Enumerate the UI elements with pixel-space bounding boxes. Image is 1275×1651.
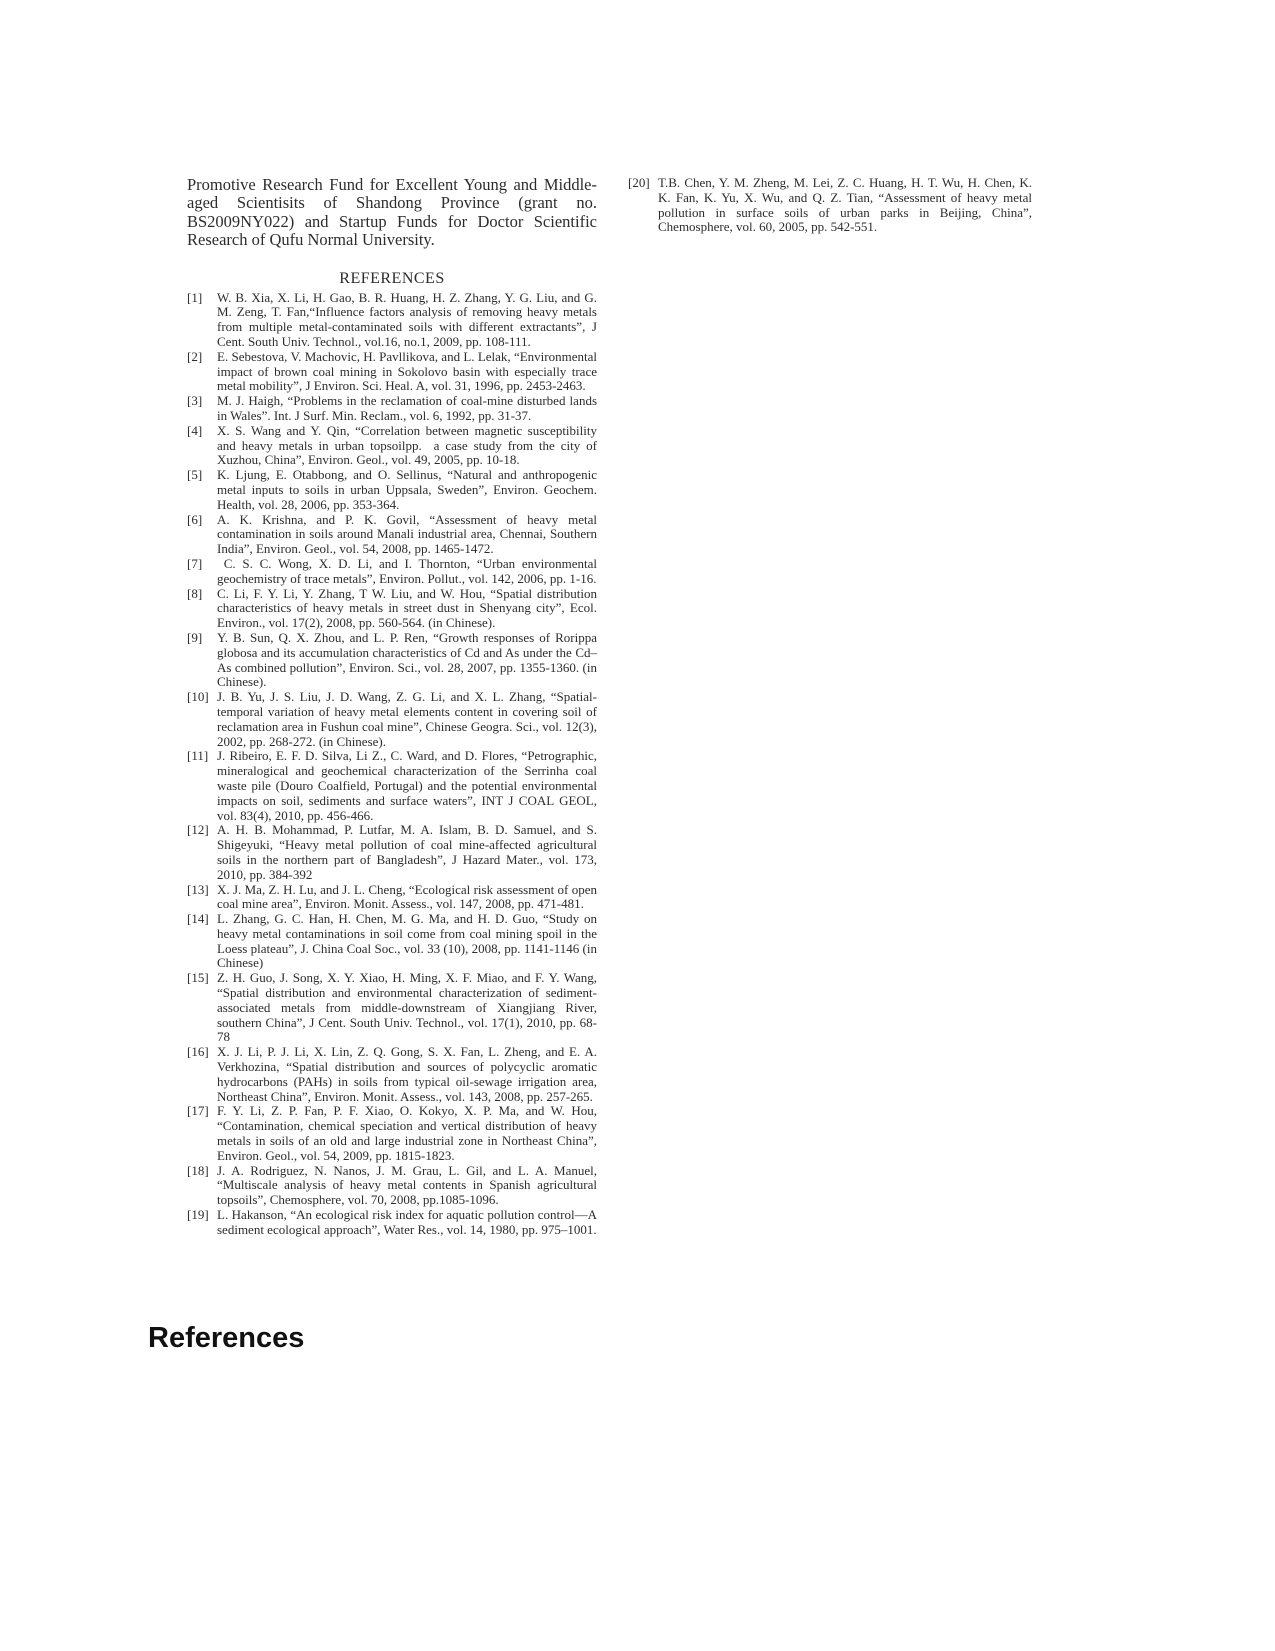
reference-text: A. K. Krishna, and P. K. Govil, “Assessm…: [217, 512, 597, 557]
reference-number: [15]: [187, 971, 217, 986]
reference-text: J. Ribeiro, E. F. D. Silva, Li Z., C. Wa…: [217, 748, 597, 822]
reference-item: [14]L. Zhang, G. C. Han, H. Chen, M. G. …: [187, 912, 597, 971]
reference-number: [8]: [187, 587, 217, 602]
reference-item: [16]X. J. Li, P. J. Li, X. Lin, Z. Q. Go…: [187, 1045, 597, 1104]
reference-text: C. S. C. Wong, X. D. Li, and I. Thornton…: [217, 556, 597, 586]
reference-text: K. Ljung, E. Otabbong, and O. Sellinus, …: [217, 467, 597, 512]
reference-text: L. Hakanson, “An ecological risk index f…: [217, 1207, 597, 1237]
reference-number: [11]: [187, 749, 217, 764]
reference-text: F. Y. Li, Z. P. Fan, P. F. Xiao, O. Koky…: [217, 1103, 597, 1162]
reference-number: [20]: [628, 176, 658, 191]
reference-text: X. J. Li, P. J. Li, X. Lin, Z. Q. Gong, …: [217, 1044, 597, 1103]
reference-number: [18]: [187, 1164, 217, 1179]
reference-text: W. B. Xia, X. Li, H. Gao, B. R. Huang, H…: [217, 290, 597, 349]
reference-number: [10]: [187, 690, 217, 705]
reference-number: [9]: [187, 631, 217, 646]
reference-text: L. Zhang, G. C. Han, H. Chen, M. G. Ma, …: [217, 911, 597, 970]
reference-item: [11]J. Ribeiro, E. F. D. Silva, Li Z., C…: [187, 749, 597, 823]
reference-number: [1]: [187, 291, 217, 306]
reference-text: A. H. B. Mohammad, P. Lutfar, M. A. Isla…: [217, 822, 597, 881]
reference-text: C. Li, F. Y. Li, Y. Zhang, T W. Liu, and…: [217, 586, 597, 631]
references-heading: References: [148, 1322, 304, 1355]
reference-item: [12]A. H. B. Mohammad, P. Lutfar, M. A. …: [187, 823, 597, 882]
reference-number: [14]: [187, 912, 217, 927]
reference-item: [17]F. Y. Li, Z. P. Fan, P. F. Xiao, O. …: [187, 1104, 597, 1163]
reference-item: [20]T.B. Chen, Y. M. Zheng, M. Lei, Z. C…: [628, 176, 1032, 235]
reference-item: [8]C. Li, F. Y. Li, Y. Zhang, T W. Liu, …: [187, 587, 597, 631]
reference-number: [4]: [187, 424, 217, 439]
reference-item: [1]W. B. Xia, X. Li, H. Gao, B. R. Huang…: [187, 291, 597, 350]
reference-list-left: [1]W. B. Xia, X. Li, H. Gao, B. R. Huang…: [187, 291, 597, 1238]
reference-item: [9]Y. B. Sun, Q. X. Zhou, and L. P. Ren,…: [187, 631, 597, 690]
reference-number: [12]: [187, 823, 217, 838]
reference-text: J. A. Rodriguez, N. Nanos, J. M. Grau, L…: [217, 1163, 597, 1208]
scan-left-column: Promotive Research Fund for Excellent Yo…: [187, 176, 597, 1238]
reference-number: [3]: [187, 394, 217, 409]
reference-text: Z. H. Guo, J. Song, X. Y. Xiao, H. Ming,…: [217, 970, 597, 1044]
reference-item: [2]E. Sebestova, V. Machovic, H. Pavllik…: [187, 350, 597, 394]
reference-item: [15]Z. H. Guo, J. Song, X. Y. Xiao, H. M…: [187, 971, 597, 1045]
reference-text: Y. B. Sun, Q. X. Zhou, and L. P. Ren, “G…: [217, 630, 597, 689]
reference-number: [7]: [187, 557, 217, 572]
reference-item: [4]X. S. Wang and Y. Qin, “Correlation b…: [187, 424, 597, 468]
reference-number: [13]: [187, 883, 217, 898]
reference-text: E. Sebestova, V. Machovic, H. Pavllikova…: [217, 349, 597, 394]
reference-text: T.B. Chen, Y. M. Zheng, M. Lei, Z. C. Hu…: [658, 175, 1032, 234]
reference-text: X. J. Ma, Z. H. Lu, and J. L. Cheng, “Ec…: [217, 882, 597, 912]
reference-text: X. S. Wang and Y. Qin, “Correlation betw…: [217, 423, 597, 468]
reference-item: [3]M. J. Haigh, “Problems in the reclama…: [187, 394, 597, 424]
reference-number: [16]: [187, 1045, 217, 1060]
reference-number: [19]: [187, 1208, 217, 1223]
reference-item: [7] C. S. C. Wong, X. D. Li, and I. Thor…: [187, 557, 597, 587]
reference-item: [5]K. Ljung, E. Otabbong, and O. Sellinu…: [187, 468, 597, 512]
reference-text: M. J. Haigh, “Problems in the reclamatio…: [217, 393, 597, 423]
reference-number: [2]: [187, 350, 217, 365]
reference-number: [5]: [187, 468, 217, 483]
reference-item: [19]L. Hakanson, “An ecological risk ind…: [187, 1208, 597, 1238]
reference-number: [6]: [187, 513, 217, 528]
scanned-references-page-image: Promotive Research Fund for Excellent Yo…: [0, 0, 1275, 1270]
reference-item: [18]J. A. Rodriguez, N. Nanos, J. M. Gra…: [187, 1164, 597, 1208]
scan-right-column: [20]T.B. Chen, Y. M. Zheng, M. Lei, Z. C…: [628, 176, 1032, 235]
acknowledgment-text: Promotive Research Fund for Excellent Yo…: [187, 176, 597, 250]
reference-item: [6]A. K. Krishna, and P. K. Govil, “Asse…: [187, 513, 597, 557]
reference-text: J. B. Yu, J. S. Liu, J. D. Wang, Z. G. L…: [217, 689, 597, 748]
reference-number: [17]: [187, 1104, 217, 1119]
reference-list-right: [20]T.B. Chen, Y. M. Zheng, M. Lei, Z. C…: [628, 176, 1032, 235]
reference-item: [10]J. B. Yu, J. S. Liu, J. D. Wang, Z. …: [187, 690, 597, 749]
references-section-title: REFERENCES: [187, 270, 597, 288]
reference-item: [13]X. J. Ma, Z. H. Lu, and J. L. Cheng,…: [187, 883, 597, 913]
